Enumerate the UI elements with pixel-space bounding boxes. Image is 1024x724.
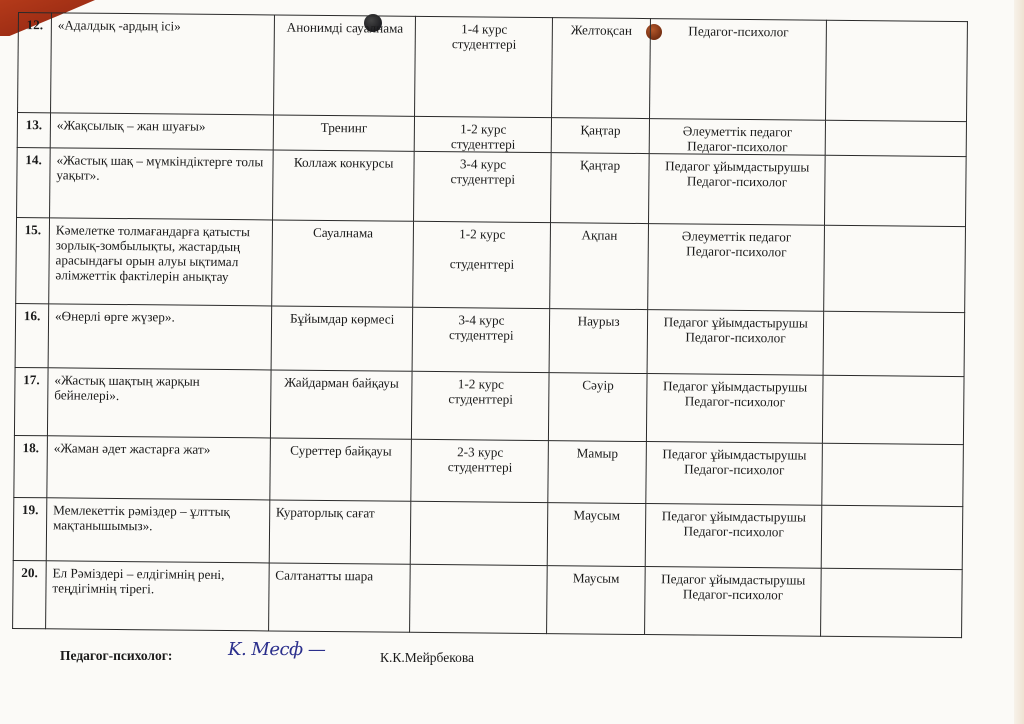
event-title: Кәмелетке толмағандарға қатысты зорлық-з… (49, 218, 273, 306)
event-note (825, 155, 966, 226)
event-audience: 3-4 курсстуденттері (414, 151, 551, 222)
row-number: 15. (16, 217, 50, 303)
audience-line: 3-4 курс (419, 312, 543, 328)
event-month: Маусым (548, 503, 646, 567)
event-title: «Жақсылық – жан шуағы» (50, 113, 273, 150)
audience-line: студенттері (421, 171, 545, 187)
event-form: Анонимді сауалнама (273, 15, 416, 116)
audience-line (420, 241, 544, 257)
table-row: 12.«Адалдық -ардың ісі»Анонимді сауалнам… (18, 13, 968, 122)
responsible-line: Педагог ұйымдастырушы (651, 571, 815, 588)
responsible-line: Педагог ұйымдастырушы (654, 314, 818, 331)
audience-line: студенттері (420, 256, 544, 272)
event-audience (411, 501, 548, 565)
signature-block: Педагог-психолог: K. Meсф — К.К.Мейрбеко… (60, 645, 660, 675)
row-number: 16. (15, 303, 49, 367)
event-form: Жайдарман байқауы (270, 370, 412, 439)
event-title: «Жастық шақ – мүмкіндіктерге толы уақыт»… (49, 148, 272, 220)
event-note (821, 568, 962, 637)
audience-line: 3-4 курс (421, 156, 545, 172)
audience-line: студенттері (421, 136, 545, 152)
responsible-line: Педагог-психолог (656, 138, 820, 155)
event-audience: 1-4 курсстуденттері (415, 16, 553, 117)
event-note (826, 120, 967, 156)
event-responsible: Әлеуметтік педагогПедагог-психолог (649, 119, 826, 156)
event-plan-table: 12.«Адалдық -ардың ісі»Анонимді сауалнам… (12, 12, 968, 638)
row-number: 12. (18, 13, 52, 113)
table-row: 14.«Жастық шақ – мүмкіндіктерге толы уақ… (17, 147, 967, 226)
responsible-line: Әлеуметтік педагог (655, 228, 819, 245)
event-month: Сәуір (549, 373, 647, 442)
table-row: 17.«Жастық шақтың жарқын бейнелері».Жайд… (14, 367, 964, 444)
event-responsible: Педагог-психолог (649, 19, 827, 121)
event-audience (410, 564, 547, 633)
event-audience: 1-2 курсстуденттері (412, 371, 549, 440)
responsible-line: Педагог-психолог (657, 23, 821, 40)
event-form: Коллаж конкурсы (272, 150, 414, 221)
audience-line: 2-3 курс (418, 444, 542, 460)
event-title: «Жастық шақтың жарқын бейнелері». (47, 368, 270, 438)
event-note (826, 20, 967, 121)
event-responsible: Педагог ұйымдастырушыПедагог-психолог (646, 442, 823, 506)
event-month: Қаңтар (551, 153, 649, 224)
event-audience: 3-4 курсстуденттері (413, 307, 550, 372)
event-title: Ел Рәміздері – елдігімнің рені, теңдігім… (46, 561, 269, 631)
event-audience: 2-3 курсстуденттері (411, 439, 548, 502)
event-month: Қаңтар (551, 118, 649, 154)
event-title: «Жаман әдет жастарға жат» (47, 436, 270, 500)
responsible-line: Әлеуметтік педагог (656, 123, 820, 140)
audience-line: студенттері (419, 327, 543, 343)
event-form: Тренинг (273, 115, 415, 151)
audience-line: 1-2 курс (420, 226, 544, 242)
row-number: 14. (17, 147, 51, 217)
table-row: 18.«Жаман әдет жастарға жат»Суреттер бай… (14, 435, 964, 506)
audience-line: студенттері (419, 391, 543, 407)
event-responsible: Әлеуметтік педагогПедагог-психолог (648, 224, 825, 312)
event-note (824, 225, 965, 312)
table-row: 19.Мемлекеттік рәміздер – ұлттық мақтаны… (13, 497, 963, 569)
signer-role: Педагог-психолог: (60, 648, 172, 664)
audience-line: студенттері (422, 36, 546, 52)
event-form: Салтанатты шара (268, 563, 410, 632)
event-title: «Адалдық -ардың ісі» (50, 13, 274, 115)
audience-line: 1-2 курс (421, 121, 545, 137)
event-title: Мемлекеттік рәміздер – ұлттық мақтанышым… (46, 498, 269, 563)
audience-line: 1-4 курс (422, 21, 546, 37)
event-form: Кураторлық сағат (269, 500, 411, 564)
event-note (824, 311, 965, 376)
responsible-line: Педагог-психолог (653, 393, 817, 410)
responsible-line: Педагог ұйымдастырушы (652, 508, 816, 525)
responsible-line: Педагог-психолог (655, 173, 819, 190)
page-edge (1014, 0, 1024, 724)
handwritten-signature: K. Meсф — (228, 639, 325, 660)
table-row: 20.Ел Рәміздері – елдігімнің рені, теңді… (13, 560, 963, 637)
responsible-line: Педагог ұйымдастырушы (653, 446, 817, 463)
event-month: Ақпан (550, 223, 648, 310)
event-month: Желтоқсан (552, 18, 650, 119)
row-number: 13. (17, 113, 50, 148)
event-form: Сауалнама (271, 220, 414, 307)
responsible-line: Педагог-психолог (651, 586, 815, 603)
event-month: Мамыр (548, 441, 646, 504)
event-note (822, 443, 963, 506)
audience-line: 1-2 курс (419, 376, 543, 392)
event-title: «Өнерлі өрге жүзер». (48, 304, 271, 370)
event-responsible: Педагог ұйымдастырушыПедагог-психолог (646, 374, 823, 444)
event-responsible: Педагог ұйымдастырушыПедагог-психолог (647, 310, 824, 376)
event-responsible: Педагог ұйымдастырушыПедагог-психолог (648, 154, 825, 226)
event-responsible: Педагог ұйымдастырушыПедагог-психолог (644, 567, 821, 637)
event-audience: 1-2 курс студенттері (413, 221, 551, 308)
event-form: Бұйымдар көрмесі (271, 306, 413, 371)
event-note (823, 375, 964, 444)
row-number: 20. (13, 560, 47, 628)
row-number: 17. (14, 367, 48, 435)
row-number: 18. (14, 435, 48, 497)
responsible-line: Педагог ұйымдастырушы (653, 378, 817, 395)
event-month: Наурыз (549, 309, 647, 374)
row-number: 19. (13, 497, 47, 560)
responsible-line: Педагог-психолог (652, 461, 816, 478)
responsible-line: Педагог-психолог (652, 523, 816, 540)
event-responsible: Педагог ұйымдастырушыПедагог-психолог (645, 504, 822, 569)
event-note (822, 505, 963, 569)
table-row: 16.«Өнерлі өрге жүзер».Бұйымдар көрмесі3… (15, 303, 965, 376)
event-month: Маусым (547, 566, 645, 635)
table-row: 15.Кәмелетке толмағандарға қатысты зорлы… (16, 217, 966, 312)
event-audience: 1-2 курсстуденттері (415, 116, 552, 152)
signer-name: К.К.Мейрбекова (380, 650, 474, 666)
responsible-line: Педагог ұйымдастырушы (655, 158, 819, 175)
responsible-line: Педагог-психолог (654, 243, 818, 260)
event-form: Суреттер байқауы (270, 438, 412, 501)
audience-line: студенттері (418, 459, 542, 475)
responsible-line: Педагог-психолог (654, 329, 818, 346)
